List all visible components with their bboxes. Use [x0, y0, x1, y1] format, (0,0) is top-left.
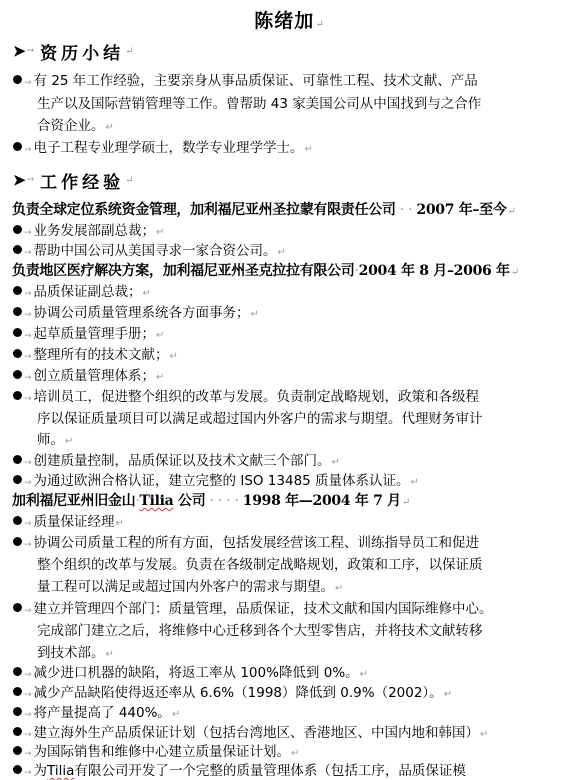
list-item-text: 帮助中国公司从美国寻求一家合资公司。	[34, 243, 277, 259]
title-text: 陈绪加	[254, 10, 314, 32]
paragraph-mark-icon: ↵	[508, 206, 516, 217]
list-item: →协调公司质量管理系统各方面事务；↵	[13, 304, 259, 326]
arrowhead-bullet-icon: ➤	[13, 171, 26, 189]
section-heading-experience: ➤→工作经验↵	[13, 167, 138, 193]
bullet-icon	[13, 687, 22, 696]
list-item-text: 质量保证经理	[34, 514, 115, 530]
paragraph-mark-icon: ↵	[305, 144, 313, 155]
tab-mark-icon: →	[24, 730, 32, 740]
bullet-icon	[13, 307, 22, 316]
tab-mark-icon: →	[24, 519, 32, 529]
job-period: 2007 年–至今	[416, 202, 506, 218]
bullet-icon	[13, 370, 22, 379]
list-item: →减少进口机器的缺陷，将返工率从 100%降低到 0%。↵	[13, 664, 368, 686]
bullet-icon	[13, 707, 22, 716]
paragraph-mark-icon: ↵	[156, 330, 164, 341]
list-item-text: 起草质量管理手册；	[34, 326, 156, 342]
list-item-text: 有限公司开发了一个完整的质量管理体系（包括工序，品质保证模	[74, 763, 466, 779]
list-item: →质量保证经理↵	[13, 513, 124, 535]
list-item: →起草质量管理手册；↵	[13, 325, 164, 347]
job-title: 负责全球定位系统资金管理，加利福尼亚州圣拉蒙有限责任公司	[12, 202, 396, 218]
bullet-icon	[13, 391, 22, 400]
job-title: 加利福尼亚州旧金山	[12, 493, 135, 509]
list-item-text: 建立海外生产品质保证计划（包括台湾地区、香港地区、中国内地和韩国）	[34, 725, 480, 741]
paragraph-mark-icon: ↵	[332, 457, 340, 468]
list-item-continuation: 生产以及国际营销管理等工作。曾帮助 43 家美国公司从中国找到与之合作	[37, 95, 481, 115]
tab-mark-icon: →	[24, 478, 32, 488]
job-period: 1998 年—2004 年 7 月	[243, 493, 401, 509]
tab-mark-icon: →	[27, 46, 39, 56]
list-item-text: 创建质量控制，品质保证以及技术文献三个部门。	[34, 453, 331, 469]
bullet-icon	[13, 286, 22, 295]
bullet-icon	[13, 603, 22, 612]
list-item-text: 合资企业。	[37, 118, 105, 134]
paragraph-mark-icon: ↵	[125, 46, 137, 57]
list-item: →减少产品缺陷使得返还率从 6.6%（1998）降低到 0.9%（2002）。↵	[13, 684, 452, 706]
list-item-continuation: 师。↵	[37, 431, 73, 452]
job-period: 2004 年 8 月–2006 年	[359, 263, 510, 279]
bullet-icon	[13, 328, 22, 337]
job-title-suffix: 公司	[178, 493, 205, 509]
paragraph-mark-icon: ↵	[278, 247, 286, 258]
section-heading-text: 工作经验	[40, 168, 124, 193]
paragraph-mark-icon: ↵	[65, 436, 73, 447]
job-header: 加利福尼亚州旧金山·Tilia 公司 · · · · 1998 年—2004 年…	[12, 492, 410, 513]
list-item-continuation: 到技术部。↵	[37, 644, 114, 665]
list-item-text: 减少产品缺陷使得返还率从 6.6%（1998）降低到 0.9%（2002）。	[34, 685, 443, 701]
bullet-icon	[13, 455, 22, 464]
list-item-text: 建立并管理四个部门：质量管理，品质保证，技术文献和国内国际维修中心。	[34, 601, 493, 617]
paragraph-mark-icon: ↵	[315, 19, 324, 30]
list-item-text: 为国际销售和维修中心建立质量保证计划。	[34, 744, 291, 760]
paragraph-mark-icon: ↵	[335, 583, 343, 594]
paragraph-mark-icon: ↵	[411, 477, 419, 488]
list-item-continuation: 完成部门建立之后，将维修中心迁移到各个大型零售店，并将技术文献转移	[37, 622, 483, 642]
list-item-text: 师。	[37, 432, 64, 448]
tab-mark-icon: →	[24, 540, 32, 550]
paragraph-mark-icon: ↵	[125, 175, 137, 186]
list-item-text: 量工程可以满足或超过国内外客户的需求与期望。	[37, 579, 334, 595]
tab-mark-icon: →	[24, 394, 32, 404]
list-item: →创建质量控制，品质保证以及技术文献三个部门。↵	[13, 452, 340, 474]
bullet-icon	[13, 225, 22, 234]
list-item-continuation: 序以保证质量项目可以满足或超过国内外客户的需求与期望。代理财务审计	[37, 410, 483, 430]
section-heading-summary: ➤→资历小结↵	[13, 38, 138, 64]
bullet-icon	[13, 765, 22, 774]
paragraph-mark-icon: ↵	[360, 669, 368, 680]
paragraph-mark-icon: ↵	[402, 497, 410, 508]
paragraph-mark-icon: ↵	[480, 729, 488, 740]
paragraph-mark-icon: ↵	[444, 689, 452, 700]
list-item-text: 电子工程专业理学硕士，数学专业理学学士。	[34, 140, 304, 156]
list-item: →帮助中国公司从美国寻求一家合资公司。↵	[13, 242, 286, 264]
spellcheck-flagged-word: Tilia	[47, 763, 74, 779]
tab-mark-icon: →	[24, 373, 32, 383]
list-item: →有 25 年工作经验，主要亲身从事品质保证、可靠性工程、技术文献、产品	[13, 72, 478, 94]
list-item-text: 减少进口机器的缺陷，将返工率从 100%降低到 0%。	[34, 665, 359, 681]
tab-mark-icon: →	[24, 78, 32, 88]
list-item-text: 为	[34, 763, 48, 779]
list-item: →电子工程专业理学硕士，数学专业理学学士。↵	[13, 139, 313, 161]
list-item-text: 整理所有的技术文献；	[34, 347, 169, 363]
tab-mark-icon: →	[24, 331, 32, 341]
bullet-icon	[13, 727, 22, 736]
bullet-icon	[13, 746, 22, 755]
list-item-text: 品质保证副总裁；	[34, 284, 142, 300]
list-item: →培训员工，促进整个组织的改革与发展。负责制定战略规划，政策和各级程	[13, 388, 479, 410]
paragraph-mark-icon: ↵	[251, 309, 259, 320]
job-title: 负责地区医疗解决方案，加利福尼亚州圣克拉拉有限公司	[12, 263, 355, 279]
bullet-icon	[13, 245, 22, 254]
bullet-icon	[13, 142, 22, 151]
tab-mark-icon: →	[24, 690, 32, 700]
list-item: →创立质量管理体系；↵	[13, 367, 164, 389]
tab-mark-icon: →	[24, 606, 32, 616]
paragraph-mark-icon: ↵	[116, 518, 124, 529]
tab-mark-icon: →	[24, 458, 32, 468]
list-item: →业务发展部副总裁；↵	[13, 222, 164, 244]
job-header: 负责地区医疗解决方案，加利福尼亚州圣克拉拉有限公司·2004 年 8 月–200…	[12, 262, 519, 283]
tab-mark-icon: →	[24, 352, 32, 362]
list-item-text: 培训员工，促进整个组织的改革与发展。负责制定战略规划，政策和各级程	[34, 389, 480, 405]
tab-mark-icon: →	[24, 710, 32, 720]
tab-mark-icon: →	[24, 670, 32, 680]
list-item: →整理所有的技术文献；↵	[13, 346, 178, 368]
page-title: 陈绪加↵	[0, 6, 579, 33]
tab-mark-icon: →	[27, 175, 39, 185]
tab-mark-icon: →	[24, 310, 32, 320]
tab-mark-icon: →	[24, 248, 32, 258]
bullet-icon	[13, 516, 22, 525]
bullet-icon	[13, 75, 22, 84]
tab-mark-icon: →	[24, 228, 32, 238]
list-item: →将产量提高了 440%。↵	[13, 704, 180, 726]
arrowhead-bullet-icon: ➤	[13, 42, 26, 60]
list-item-text: 协调公司质量管理系统各方面事务；	[34, 305, 250, 321]
space-marks: · ·	[396, 202, 417, 218]
list-item: →协调公司质量工程的所有方面，包括发展经营该工程、训练指导员工和促进	[13, 534, 479, 556]
spellcheck-flagged-word: Tilia	[139, 493, 173, 509]
paragraph-mark-icon: ↵	[172, 709, 180, 720]
list-item: →品质保证副总裁；↵	[13, 283, 151, 305]
list-item-text: 将产量提高了 440%。	[34, 705, 171, 721]
tab-mark-icon: →	[24, 749, 32, 759]
paragraph-mark-icon: ↵	[156, 372, 164, 383]
paragraph-mark-icon: ↵	[170, 351, 178, 362]
section-heading-text: 资历小结	[40, 39, 124, 64]
list-item-text: 创立质量管理体系；	[34, 368, 156, 384]
list-item-continuation: 量工程可以满足或超过国内外客户的需求与期望。↵	[37, 578, 343, 599]
space-marks: · · · ·	[205, 493, 242, 509]
tab-mark-icon: →	[24, 145, 32, 155]
list-item-continuation: 合资企业。↵	[37, 117, 114, 138]
paragraph-mark-icon: ↵	[511, 267, 519, 278]
list-item: →建立并管理四个部门：质量管理，品质保证，技术文献和国内国际维修中心。	[13, 600, 493, 622]
bullet-icon	[13, 667, 22, 676]
tab-mark-icon: →	[24, 289, 32, 299]
list-item-text: 协调公司质量工程的所有方面，包括发展经营该工程、训练指导员工和促进	[34, 535, 480, 551]
list-item-text: 为通过欧洲合格认证，建立完整的 ISO 13485 质量体系认证。	[34, 473, 410, 489]
bullet-icon	[13, 349, 22, 358]
paragraph-mark-icon: ↵	[143, 288, 151, 299]
list-item: →为通过欧洲合格认证，建立完整的 ISO 13485 质量体系认证。↵	[13, 472, 419, 494]
paragraph-mark-icon: ↵	[156, 227, 164, 238]
tab-mark-icon: →	[24, 768, 32, 778]
list-item: →为Tilia有限公司开发了一个完整的质量管理体系（包括工序，品质保证模	[13, 762, 466, 780]
list-item-text: 有 25 年工作经验，主要亲身从事品质保证、可靠性工程、技术文献、产品	[34, 73, 478, 89]
paragraph-mark-icon: ↵	[106, 649, 114, 660]
list-item-continuation: 整个组织的改革与发展。负责在各级制定战略规划，政策和工序，以保证质	[37, 556, 483, 576]
bullet-icon	[13, 475, 22, 484]
paragraph-mark-icon: ↵	[291, 748, 299, 759]
bullet-icon	[13, 537, 22, 546]
job-header: 负责全球定位系统资金管理，加利福尼亚州圣拉蒙有限责任公司 · · 2007 年–…	[12, 201, 516, 222]
paragraph-mark-icon: ↵	[106, 122, 114, 133]
list-item-text: 到技术部。	[37, 645, 105, 661]
list-item-text: 业务发展部副总裁；	[34, 223, 156, 239]
